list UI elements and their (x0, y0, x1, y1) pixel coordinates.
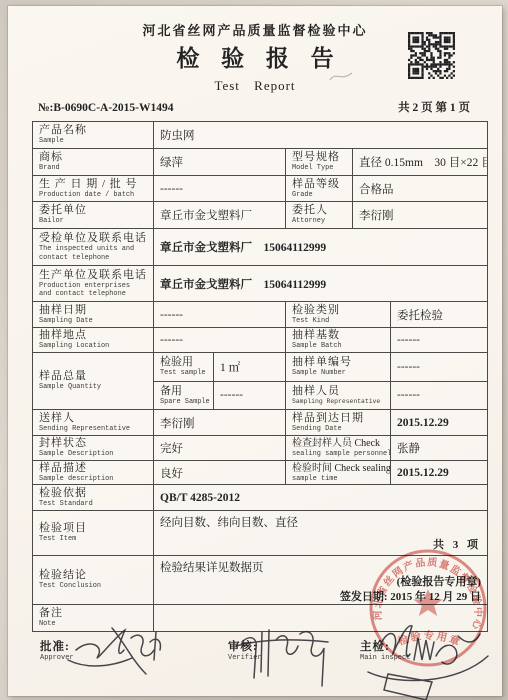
inspection-stamp: 河北省丝网产品质量监督检验中心 检验专用章 (352, 540, 502, 684)
field-label-sample-description: 样品描述 Sample description (33, 461, 154, 484)
page-info: 共 2 页 第 1 页 (398, 101, 470, 116)
field-label-note: 备注 Note (33, 605, 154, 631)
field-value-grade: 合格品 (353, 176, 487, 201)
field-value-model-type: 直径 0.15mm 30 目×22 目 (353, 149, 487, 175)
approver-block: 批准: Approver (40, 640, 74, 663)
report-number-line: №:B-0690C-A-2015-W1494 共 2 页 第 1 页 (38, 101, 470, 116)
pencil-mark (326, 66, 356, 86)
field-value-check-sealing-personnel: 张静 (391, 436, 487, 460)
field-label-sampling-location: 抽样地点 Sampling Location (33, 328, 154, 352)
table-row: 产品名称 Sample 防虫网 (33, 122, 487, 149)
field-label-bailor: 委托单位 Bailor (33, 202, 154, 228)
field-value-check-time: 2015.12.29 (391, 461, 487, 484)
stamp-bottom-text: 检验专用章 (396, 629, 464, 650)
verifier-block: 审核: Verifier (228, 640, 262, 663)
field-label-attorney: 委托人 Attorney (286, 202, 353, 228)
field-label-test-conclusion: 检验结论 Test Conclusion (33, 556, 154, 604)
scanned-report-page: 河北省丝网产品质量监督检验中心 检 验 报 告 Test Report №:B-… (8, 6, 502, 696)
field-label-test-sample: 检验用 Test sample (154, 353, 214, 381)
field-label-sample-quantity: 样品总量 Sample Quantity (33, 353, 154, 409)
field-label-production-enterprises: 生产单位及联系电话 Production enterprises and con… (33, 266, 154, 301)
qr-code-grid (408, 66, 455, 83)
field-label-check-sealing-personnel: 检查封样人员 Check sealing sample personnel (286, 436, 391, 460)
field-label-brand: 商标 Brand (33, 149, 154, 175)
field-value-bailor: 章丘市金戈塑料厂 (154, 202, 286, 228)
field-value-inspected-units: 章丘市金戈塑料厂 15064112999 (154, 229, 487, 265)
svg-text:检验专用章: 检验专用章 (396, 629, 464, 650)
field-label-inspected-units: 受检单位及联系电话 The inspected units and contac… (33, 229, 154, 265)
table-row: 检验依据 Test Standard QB/T 4285-2012 (33, 485, 487, 511)
field-value-attorney: 李衍刚 (353, 202, 487, 228)
table-row: 生产单位及联系电话 Production enterprises and con… (33, 266, 487, 302)
field-label-grade: 样品等级 Grade (286, 176, 353, 201)
field-label-test-item: 检验项目 Test Item (33, 511, 154, 555)
table-row: 封样状态 Sample Description 完好 检查封样人员 Check … (33, 436, 487, 461)
field-label-test-kind: 检验类别 Test Kind (286, 302, 391, 327)
table-row: 样品总量 Sample Quantity 检验用 Test sample 1 ㎡… (33, 353, 487, 410)
field-label-test-standard: 检验依据 Test Standard (33, 485, 154, 510)
field-label-spare-sample: 备用 Spare Sample (154, 382, 214, 410)
field-label-production-date: 生 产 日 期 / 批 号 Production date / batch (33, 176, 154, 201)
field-value-test-standard: QB/T 4285-2012 (154, 485, 487, 510)
table-row: 委托单位 Bailor 章丘市金戈塑料厂 委托人 Attorney 李衍刚 (33, 202, 487, 229)
field-value-production-date: ------ (154, 176, 286, 201)
field-label-sample-batch: 抽样基数 Sample Batch (286, 328, 391, 352)
sample-quantity-subtable: 检验用 Test sample 1 ㎡ 抽样单编号 Sample Number … (154, 353, 487, 409)
table-row: 送样人 Sending Representative 李衍刚 样品到达日期 Se… (33, 410, 487, 436)
field-value-sampling-date: ------ (154, 302, 286, 327)
field-value-sending-date: 2015.12.29 (391, 410, 487, 435)
field-value-sample-description: 良好 (154, 461, 286, 484)
field-value-sample: 防虫网 (154, 122, 487, 148)
field-label-check-time: 检验时间 Check sealing sample time (286, 461, 391, 484)
field-value-sampling-representative: ------ (391, 382, 487, 410)
table-row: 受检单位及联系电话 The inspected units and contac… (33, 229, 487, 266)
table-subrow: 检验用 Test sample 1 ㎡ 抽样单编号 Sample Number … (154, 353, 487, 382)
field-value-sample-batch: ------ (391, 328, 487, 352)
field-label-sending-representative: 送样人 Sending Representative (33, 410, 154, 435)
field-value-test-kind: 委托检验 (391, 302, 487, 327)
table-row: 商标 Brand 绿萍 型号规格 Model Type 直径 0.15mm 30… (33, 149, 487, 176)
table-row: 抽样日期 Sampling Date ------ 检验类别 Test Kind… (33, 302, 487, 328)
field-value-spare-sample: ------ (214, 382, 286, 410)
field-label-sample-number: 抽样单编号 Sample Number (286, 353, 391, 381)
field-value-seal-state: 完好 (154, 436, 286, 460)
report-number: №:B-0690C-A-2015-W1494 (38, 101, 173, 116)
table-row: 生 产 日 期 / 批 号 Production date / batch --… (33, 176, 487, 202)
field-value-test-sample: 1 ㎡ (214, 353, 286, 381)
field-label-model-type: 型号规格 Model Type (286, 149, 353, 175)
field-value-sample-number: ------ (391, 353, 487, 381)
field-label-sampling-representative: 抽样人员 Sampling Representative (286, 382, 391, 410)
table-row: 抽样地点 Sampling Location ------ 抽样基数 Sampl… (33, 328, 487, 353)
qr-code (408, 32, 456, 80)
field-value-sampling-location: ------ (154, 328, 286, 352)
table-subrow: 备用 Spare Sample ------ 抽样人员 Sampling Rep… (154, 382, 487, 410)
field-label-sample: 产品名称 Sample (33, 122, 154, 148)
stamp-star-icon (413, 589, 443, 616)
field-label-sampling-date: 抽样日期 Sampling Date (33, 302, 154, 327)
field-label-seal-state: 封样状态 Sample Description (33, 436, 154, 460)
field-value-sending-representative: 李衍刚 (154, 410, 286, 435)
field-value-brand: 绿萍 (154, 149, 286, 175)
field-label-sending-date: 样品到达日期 Sending Date (286, 410, 391, 435)
table-row: 样品描述 Sample description 良好 检验时间 Check se… (33, 461, 487, 485)
field-value-production-enterprises: 章丘市金戈塑料厂 15064112999 (154, 266, 487, 301)
